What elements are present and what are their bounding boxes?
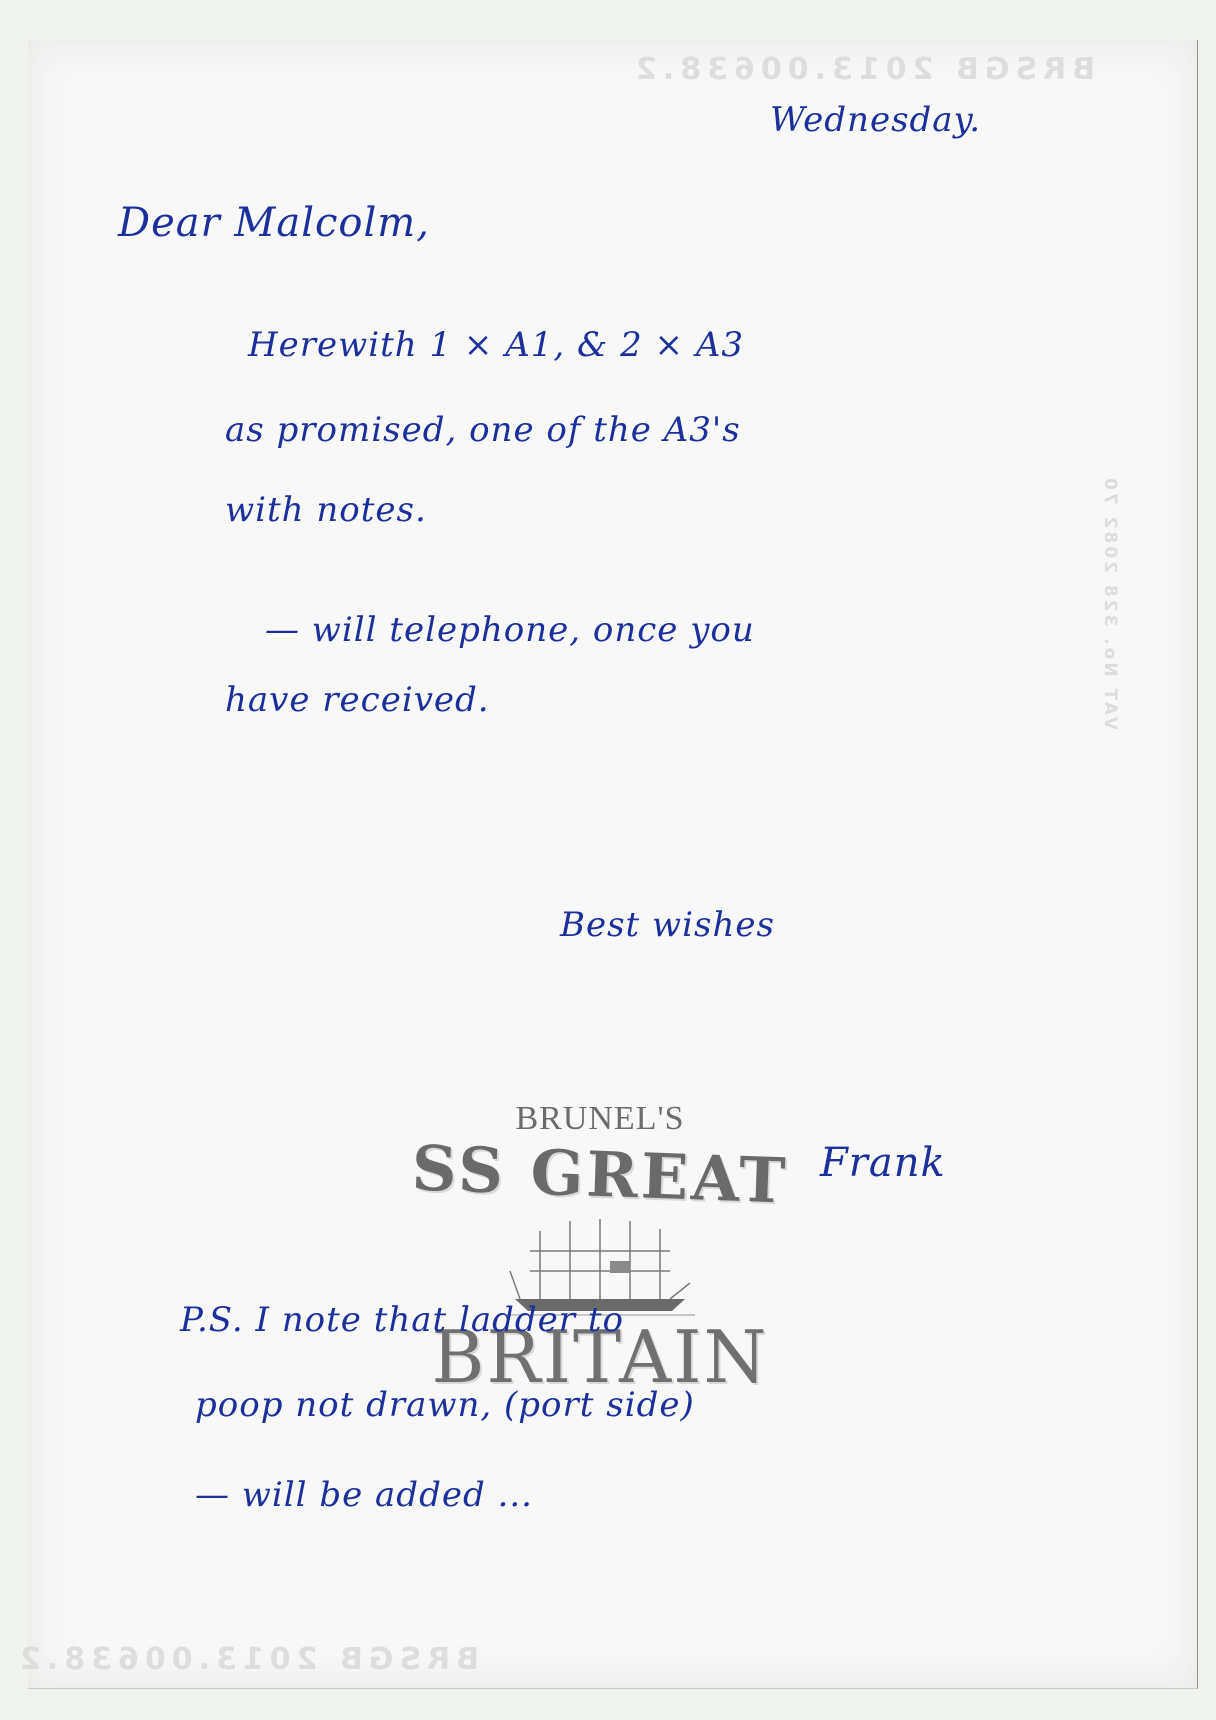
paragraph-2-line-1: — will telephone, once you xyxy=(265,610,755,650)
ss-great-britain-logo: BRUNEL'S SS GREAT BRITAIN xyxy=(380,1100,820,1399)
paragraph-2-line-2: have received. xyxy=(225,680,490,720)
postscript-line-3: — will be added ... xyxy=(195,1475,533,1515)
letter-page xyxy=(28,40,1198,1689)
postscript-line-1: P.S. I note that ladder to xyxy=(180,1300,624,1340)
archive-code-top: BRSGB 2013.00638.2 xyxy=(630,52,1095,87)
letter-salutation: Dear Malcolm, xyxy=(118,200,430,246)
letter-closing: Best wishes xyxy=(560,905,775,945)
paragraph-1-line-1: Herewith 1 × A1, & 2 × A3 xyxy=(248,325,744,365)
archive-code-bottom: BRSGB 2013.00638.2 xyxy=(14,1642,479,1677)
logo-ss-great-text: SS GREAT xyxy=(379,1130,821,1218)
letter-signature: Frank xyxy=(820,1140,946,1186)
letter-date: Wednesday. xyxy=(770,100,981,140)
postscript-line-2: poop not drawn, (port side) xyxy=(195,1385,695,1425)
vat-number-mirrored: VAT No. 328 2082 70 xyxy=(1100,475,1120,730)
paragraph-1-line-2: as promised, one of the A3's xyxy=(225,410,741,450)
paragraph-1-line-3: with notes. xyxy=(225,490,427,530)
